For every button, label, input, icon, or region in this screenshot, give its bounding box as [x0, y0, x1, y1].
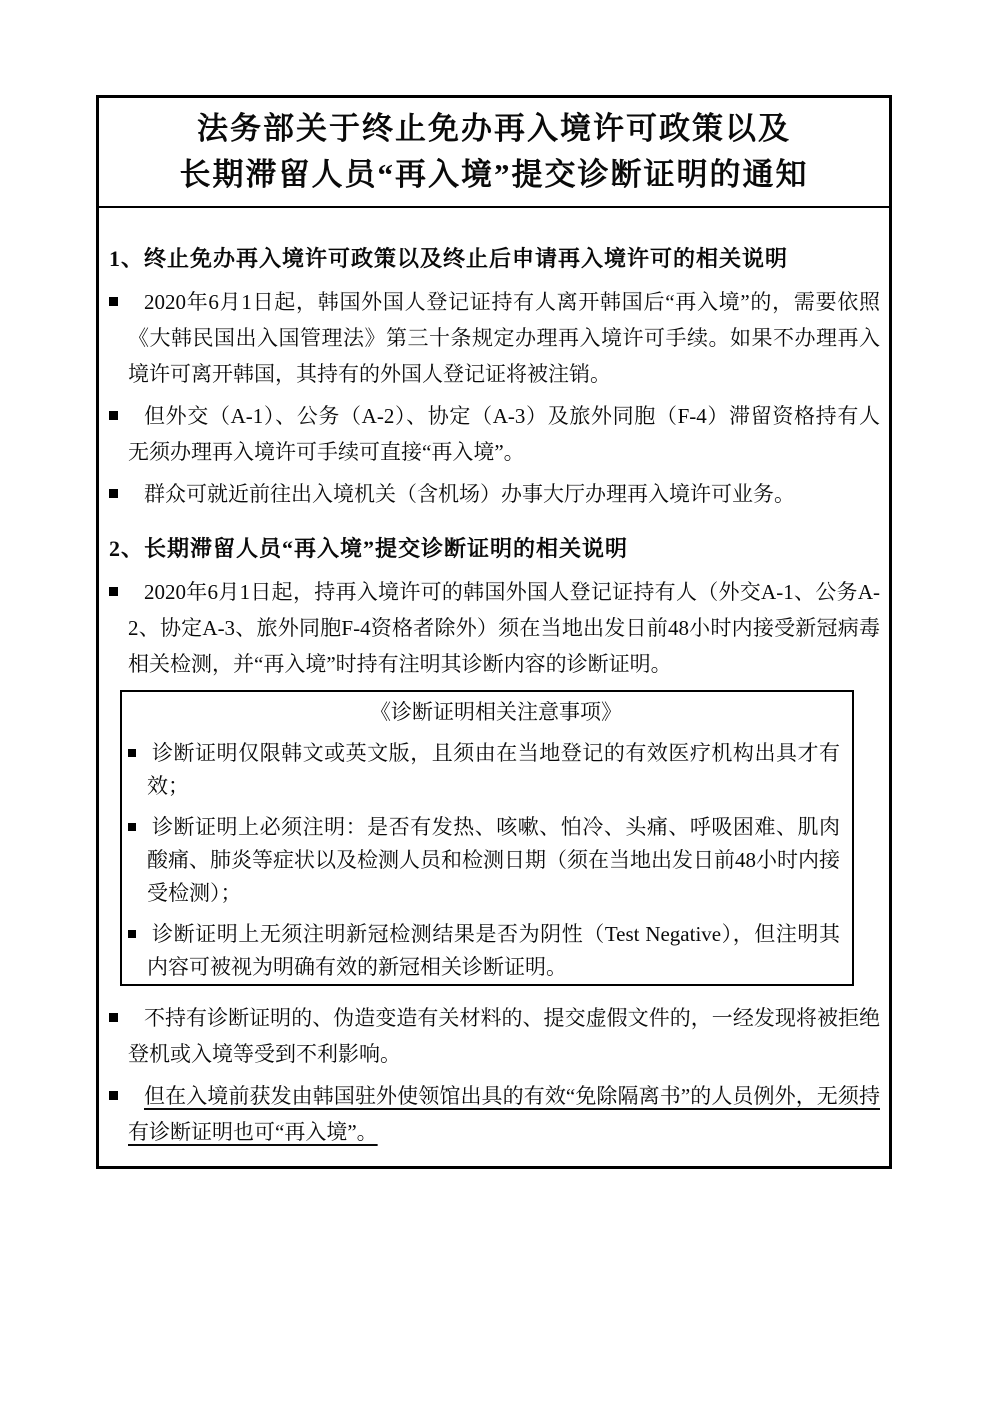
bullet-square-icon	[128, 930, 136, 938]
list-item: 诊断证明上无须注明新冠检测结果是否为阴性（Test Negative），但注明其…	[125, 918, 840, 984]
list-item: 群众可就近前往出入境机关（含机场）办事大厅办理再入境许可业务。	[109, 476, 880, 512]
list-item-underlined: 但在入境前获发由韩国驻外使领馆出具的有效“免除隔离书”的人员例外，无须持有诊断证…	[109, 1078, 880, 1150]
bullet-square-icon	[128, 749, 136, 757]
section2-heading: 2、长期滞留人员“再入境”提交诊断证明的相关说明	[109, 534, 880, 564]
bullet-square-icon	[128, 823, 136, 831]
list-item: 不持有诊断证明的、伪造变造有关材料的、提交虚假文件的，一经发现将被拒绝登机或入境…	[109, 1000, 880, 1072]
list-item-text: 诊断证明仅限韩文或英文版，且须由在当地登记的有效医疗机构出具才有效；	[147, 741, 840, 798]
diagnosis-notes-box: 《诊断证明相关注意事项》 诊断证明仅限韩文或英文版，且须由在当地登记的有效医疗机…	[120, 690, 854, 986]
list-item-text: 不持有诊断证明的、伪造变造有关材料的、提交虚假文件的，一经发现将被拒绝登机或入境…	[128, 1006, 880, 1066]
list-item-text: 诊断证明上无须注明新冠检测结果是否为阴性（Test Negative），但注明其…	[147, 922, 840, 979]
notice-title-section: 法务部关于终止免办再入境许可政策以及 长期滞留人员“再入境”提交诊断证明的通知	[99, 98, 889, 208]
list-item-text: 但在入境前获发由韩国驻外使领馆出具的有效“免除隔离书”的人员例外，无须持有诊断证…	[128, 1084, 880, 1144]
list-item: 诊断证明上必须注明：是否有发热、咳嗽、怕冷、头痛、呼吸困难、肌肉酸痛、肺炎等症状…	[125, 811, 840, 910]
list-item: 2020年6月1日起，持再入境许可的韩国外国人登记证持有人（外交A-1、公务A-…	[109, 574, 880, 682]
notes-box-title: 《诊断证明相关注意事项》	[125, 696, 840, 729]
bullet-square-icon	[109, 297, 118, 306]
notice-body: 1、终止免办再入境许可政策以及终止后申请再入境许可的相关说明 2020年6月1日…	[99, 208, 889, 1150]
list-item: 诊断证明仅限韩文或英文版，且须由在当地登记的有效医疗机构出具才有效；	[125, 737, 840, 803]
notice-page: 法务部关于终止免办再入境许可政策以及 长期滞留人员“再入境”提交诊断证明的通知 …	[0, 0, 992, 1403]
section1-heading: 1、终止免办再入境许可政策以及终止后申请再入境许可的相关说明	[109, 244, 880, 274]
notice-title-line-2: 长期滞留人员“再入境”提交诊断证明的通知	[180, 152, 809, 198]
list-item-text: 群众可就近前往出入境机关（含机场）办事大厅办理再入境许可业务。	[144, 482, 795, 506]
list-item-text: 诊断证明上必须注明：是否有发热、咳嗽、怕冷、头痛、呼吸困难、肌肉酸痛、肺炎等症状…	[147, 815, 840, 905]
list-item: 但外交（A-1）、公务（A-2）、协定（A-3）及旅外同胞（F-4）滞留资格持有…	[109, 398, 880, 470]
bullet-square-icon	[109, 1091, 118, 1100]
bullet-square-icon	[109, 411, 118, 420]
notice-title-line-1: 法务部关于终止免办再入境许可政策以及	[197, 106, 791, 152]
list-item-text: 但外交（A-1）、公务（A-2）、协定（A-3）及旅外同胞（F-4）滞留资格持有…	[128, 404, 880, 464]
bullet-square-icon	[109, 1013, 118, 1022]
list-item-text: 2020年6月1日起，持再入境许可的韩国外国人登记证持有人（外交A-1、公务A-…	[128, 580, 880, 676]
bullet-square-icon	[109, 587, 118, 596]
list-item: 2020年6月1日起，韩国外国人登记证持有人离开韩国后“再入境”的，需要依照《大…	[109, 284, 880, 392]
bullet-square-icon	[109, 489, 118, 498]
list-item-text: 2020年6月1日起，韩国外国人登记证持有人离开韩国后“再入境”的，需要依照《大…	[128, 290, 880, 386]
notice-document-frame: 法务部关于终止免办再入境许可政策以及 长期滞留人员“再入境”提交诊断证明的通知 …	[96, 95, 892, 1169]
